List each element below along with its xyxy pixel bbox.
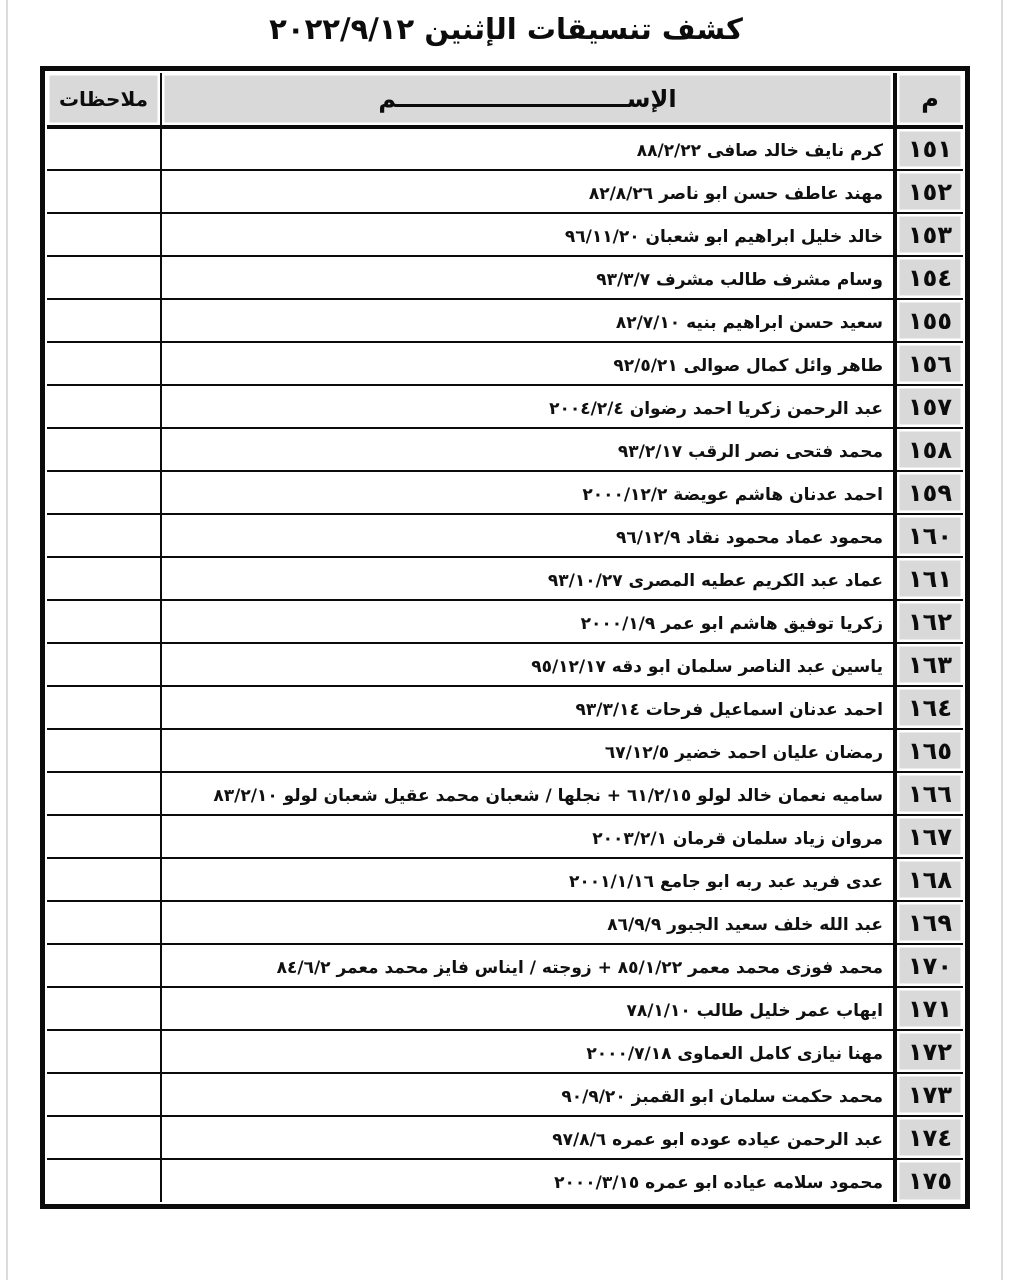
name-cell: طاهر وائل كمال صوالى ٩٢/٥/٢١ bbox=[161, 342, 895, 385]
serial-cell: ١٦٨ bbox=[895, 858, 963, 901]
name-cell: احمد عدنان هاشم عويضة ٢٠٠٠/١٢/٢ bbox=[161, 471, 895, 514]
table-row: ١٦٠ محمود عماد محمود نقاد ٩٦/١٢/٩ bbox=[47, 514, 963, 557]
name-cell: عبد الرحمن زكريا احمد رضوان ٢٠٠٤/٢/٤ bbox=[161, 385, 895, 428]
table-row: ١٥٧ عبد الرحمن زكريا احمد رضوان ٢٠٠٤/٢/٤ bbox=[47, 385, 963, 428]
table-row: ١٦٢ زكريا توفيق هاشم ابو عمر ٢٠٠٠/١/٩ bbox=[47, 600, 963, 643]
name-cell: عدى فريد عبد ربه ابو جامع ٢٠٠١/١/١٦ bbox=[161, 858, 895, 901]
serial-cell: ١٥٧ bbox=[895, 385, 963, 428]
name-cell: محمد حكمت سلمان ابو القمبز ٩٠/٩/٢٠ bbox=[161, 1073, 895, 1116]
table-row: ١٦١ عماد عبد الكريم عطيه المصرى ٩٣/١٠/٢٧ bbox=[47, 557, 963, 600]
name-cell: خالد خليل ابراهيم ابو شعبان ٩٦/١١/٢٠ bbox=[161, 213, 895, 256]
name-cell: رمضان عليان احمد خضير ٦٧/١٢/٥ bbox=[161, 729, 895, 772]
notes-cell bbox=[47, 643, 161, 686]
notes-cell bbox=[47, 256, 161, 299]
notes-cell bbox=[47, 1073, 161, 1116]
name-cell: زكريا توفيق هاشم ابو عمر ٢٠٠٠/١/٩ bbox=[161, 600, 895, 643]
notes-cell bbox=[47, 600, 161, 643]
name-cell: محمود عماد محمود نقاد ٩٦/١٢/٩ bbox=[161, 514, 895, 557]
serial-cell: ١٥٨ bbox=[895, 428, 963, 471]
name-cell: محمود سلامه عياده ابو عمره ٢٠٠٠/٣/١٥ bbox=[161, 1159, 895, 1202]
page-edge-left bbox=[6, 0, 8, 1280]
name-cell: سعيد حسن ابراهيم بنيه ٨٢/٧/١٠ bbox=[161, 299, 895, 342]
serial-cell: ١٦٤ bbox=[895, 686, 963, 729]
serial-cell: ١٧٤ bbox=[895, 1116, 963, 1159]
name-cell: محمد فوزى محمد معمر ٨٥/١/٢٢ + زوجته / اي… bbox=[161, 944, 895, 987]
serial-cell: ١٦٣ bbox=[895, 643, 963, 686]
header-notes: ملاحظات bbox=[47, 73, 161, 127]
notes-cell bbox=[47, 901, 161, 944]
table-row: ١٧١ ايهاب عمر خليل طالب ٧٨/١/١٠ bbox=[47, 987, 963, 1030]
table-row: ١٥٤ وسام مشرف طالب مشرف ٩٣/٣/٧ bbox=[47, 256, 963, 299]
notes-cell bbox=[47, 944, 161, 987]
name-cell: كرم نايف خالد صافى ٨٨/٢/٢٢ bbox=[161, 127, 895, 170]
serial-cell: ١٧٠ bbox=[895, 944, 963, 987]
notes-cell bbox=[47, 428, 161, 471]
serial-cell: ١٦٥ bbox=[895, 729, 963, 772]
name-cell: مروان زياد سلمان قرمان ٢٠٠٣/٢/١ bbox=[161, 815, 895, 858]
serial-cell: ١٥٦ bbox=[895, 342, 963, 385]
table-row: ١٥١ كرم نايف خالد صافى ٨٨/٢/٢٢ bbox=[47, 127, 963, 170]
table-row: ١٧٣ محمد حكمت سلمان ابو القمبز ٩٠/٩/٢٠ bbox=[47, 1073, 963, 1116]
notes-cell bbox=[47, 858, 161, 901]
notes-cell bbox=[47, 299, 161, 342]
table-row: ١٦٣ ياسين عبد الناصر سلمان ابو دقه ٩٥/١٢… bbox=[47, 643, 963, 686]
table-row: ١٦٨ عدى فريد عبد ربه ابو جامع ٢٠٠١/١/١٦ bbox=[47, 858, 963, 901]
serial-cell: ١٦٩ bbox=[895, 901, 963, 944]
document-title: كشف تنسيقات الإثنين ٢٠٢٢/٩/١٢ bbox=[0, 12, 1012, 46]
serial-cell: ١٧١ bbox=[895, 987, 963, 1030]
notes-cell bbox=[47, 342, 161, 385]
page-edge-right bbox=[1001, 0, 1003, 1280]
table-row: ١٥٦ طاهر وائل كمال صوالى ٩٢/٥/٢١ bbox=[47, 342, 963, 385]
table-row: ١٥٥ سعيد حسن ابراهيم بنيه ٨٢/٧/١٠ bbox=[47, 299, 963, 342]
name-cell: مهنا نيازى كامل العماوى ٢٠٠٠/٧/١٨ bbox=[161, 1030, 895, 1073]
name-cell: ساميه نعمان خالد لولو ٦١/٢/١٥ + نجلها / … bbox=[161, 772, 895, 815]
serial-cell: ١٥٢ bbox=[895, 170, 963, 213]
notes-cell bbox=[47, 987, 161, 1030]
header-serial: م bbox=[895, 73, 963, 127]
notes-cell bbox=[47, 471, 161, 514]
serial-cell: ١٦١ bbox=[895, 557, 963, 600]
notes-cell bbox=[47, 686, 161, 729]
name-cell: مهند عاطف حسن ابو ناصر ٨٢/٨/٢٦ bbox=[161, 170, 895, 213]
serial-cell: ١٦٦ bbox=[895, 772, 963, 815]
table-row: ١٦٦ ساميه نعمان خالد لولو ٦١/٢/١٥ + نجله… bbox=[47, 772, 963, 815]
name-cell: ايهاب عمر خليل طالب ٧٨/١/١٠ bbox=[161, 987, 895, 1030]
name-cell: وسام مشرف طالب مشرف ٩٣/٣/٧ bbox=[161, 256, 895, 299]
table-row: ١٧٥ محمود سلامه عياده ابو عمره ٢٠٠٠/٣/١٥ bbox=[47, 1159, 963, 1202]
notes-cell bbox=[47, 772, 161, 815]
scanned-document-page: { "page": { "title": "كشف تنسيقات الإثني… bbox=[0, 0, 1012, 1280]
table-row: ١٦٤ احمد عدنان اسماعيل فرحات ٩٣/٣/١٤ bbox=[47, 686, 963, 729]
notes-cell bbox=[47, 557, 161, 600]
table-row: ١٦٧ مروان زياد سلمان قرمان ٢٠٠٣/٢/١ bbox=[47, 815, 963, 858]
header-row: م الإســــــــــــــــــــــــــــم ملاح… bbox=[47, 73, 963, 127]
serial-cell: ١٦٢ bbox=[895, 600, 963, 643]
table-body: ١٥١ كرم نايف خالد صافى ٨٨/٢/٢٢ ١٥٢ مهند … bbox=[47, 127, 963, 1202]
serial-cell: ١٧٥ bbox=[895, 1159, 963, 1202]
notes-cell bbox=[47, 1159, 161, 1202]
table-header: م الإســــــــــــــــــــــــــــم ملاح… bbox=[47, 73, 963, 127]
notes-cell bbox=[47, 729, 161, 772]
name-cell: عبد الرحمن عياده عوده ابو عمره ٩٧/٨/٦ bbox=[161, 1116, 895, 1159]
notes-cell bbox=[47, 1030, 161, 1073]
serial-cell: ١٥٣ bbox=[895, 213, 963, 256]
table-row: ١٥٣ خالد خليل ابراهيم ابو شعبان ٩٦/١١/٢٠ bbox=[47, 213, 963, 256]
notes-cell bbox=[47, 514, 161, 557]
name-cell: احمد عدنان اسماعيل فرحات ٩٣/٣/١٤ bbox=[161, 686, 895, 729]
name-cell: عماد عبد الكريم عطيه المصرى ٩٣/١٠/٢٧ bbox=[161, 557, 895, 600]
name-cell: عبد الله خلف سعيد الجبور ٨٦/٩/٩ bbox=[161, 901, 895, 944]
notes-cell bbox=[47, 213, 161, 256]
table-row: ١٦٥ رمضان عليان احمد خضير ٦٧/١٢/٥ bbox=[47, 729, 963, 772]
table-row: ١٥٨ محمد فتحى نصر الرقب ٩٣/٢/١٧ bbox=[47, 428, 963, 471]
name-cell: ياسين عبد الناصر سلمان ابو دقه ٩٥/١٢/١٧ bbox=[161, 643, 895, 686]
serial-cell: ١٦٠ bbox=[895, 514, 963, 557]
serial-cell: ١٥٩ bbox=[895, 471, 963, 514]
table-row: ١٧٠ محمد فوزى محمد معمر ٨٥/١/٢٢ + زوجته … bbox=[47, 944, 963, 987]
serial-cell: ١٥٤ bbox=[895, 256, 963, 299]
table-row: ١٧٤ عبد الرحمن عياده عوده ابو عمره ٩٧/٨/… bbox=[47, 1116, 963, 1159]
table-row: ١٦٩ عبد الله خلف سعيد الجبور ٨٦/٩/٩ bbox=[47, 901, 963, 944]
table-row: ١٧٢ مهنا نيازى كامل العماوى ٢٠٠٠/٧/١٨ bbox=[47, 1030, 963, 1073]
notes-cell bbox=[47, 127, 161, 170]
table-row: ١٥٢ مهند عاطف حسن ابو ناصر ٨٢/٨/٢٦ bbox=[47, 170, 963, 213]
notes-cell bbox=[47, 815, 161, 858]
roster-table: م الإســــــــــــــــــــــــــــم ملاح… bbox=[47, 73, 963, 1202]
notes-cell bbox=[47, 170, 161, 213]
table-row: ١٥٩ احمد عدنان هاشم عويضة ٢٠٠٠/١٢/٢ bbox=[47, 471, 963, 514]
roster-table-frame: م الإســــــــــــــــــــــــــــم ملاح… bbox=[40, 66, 970, 1209]
notes-cell bbox=[47, 385, 161, 428]
serial-cell: ١٧٢ bbox=[895, 1030, 963, 1073]
serial-cell: ١٧٣ bbox=[895, 1073, 963, 1116]
serial-cell: ١٦٧ bbox=[895, 815, 963, 858]
name-cell: محمد فتحى نصر الرقب ٩٣/٢/١٧ bbox=[161, 428, 895, 471]
serial-cell: ١٥١ bbox=[895, 127, 963, 170]
serial-cell: ١٥٥ bbox=[895, 299, 963, 342]
header-name: الإســــــــــــــــــــــــــــم bbox=[161, 73, 895, 127]
notes-cell bbox=[47, 1116, 161, 1159]
